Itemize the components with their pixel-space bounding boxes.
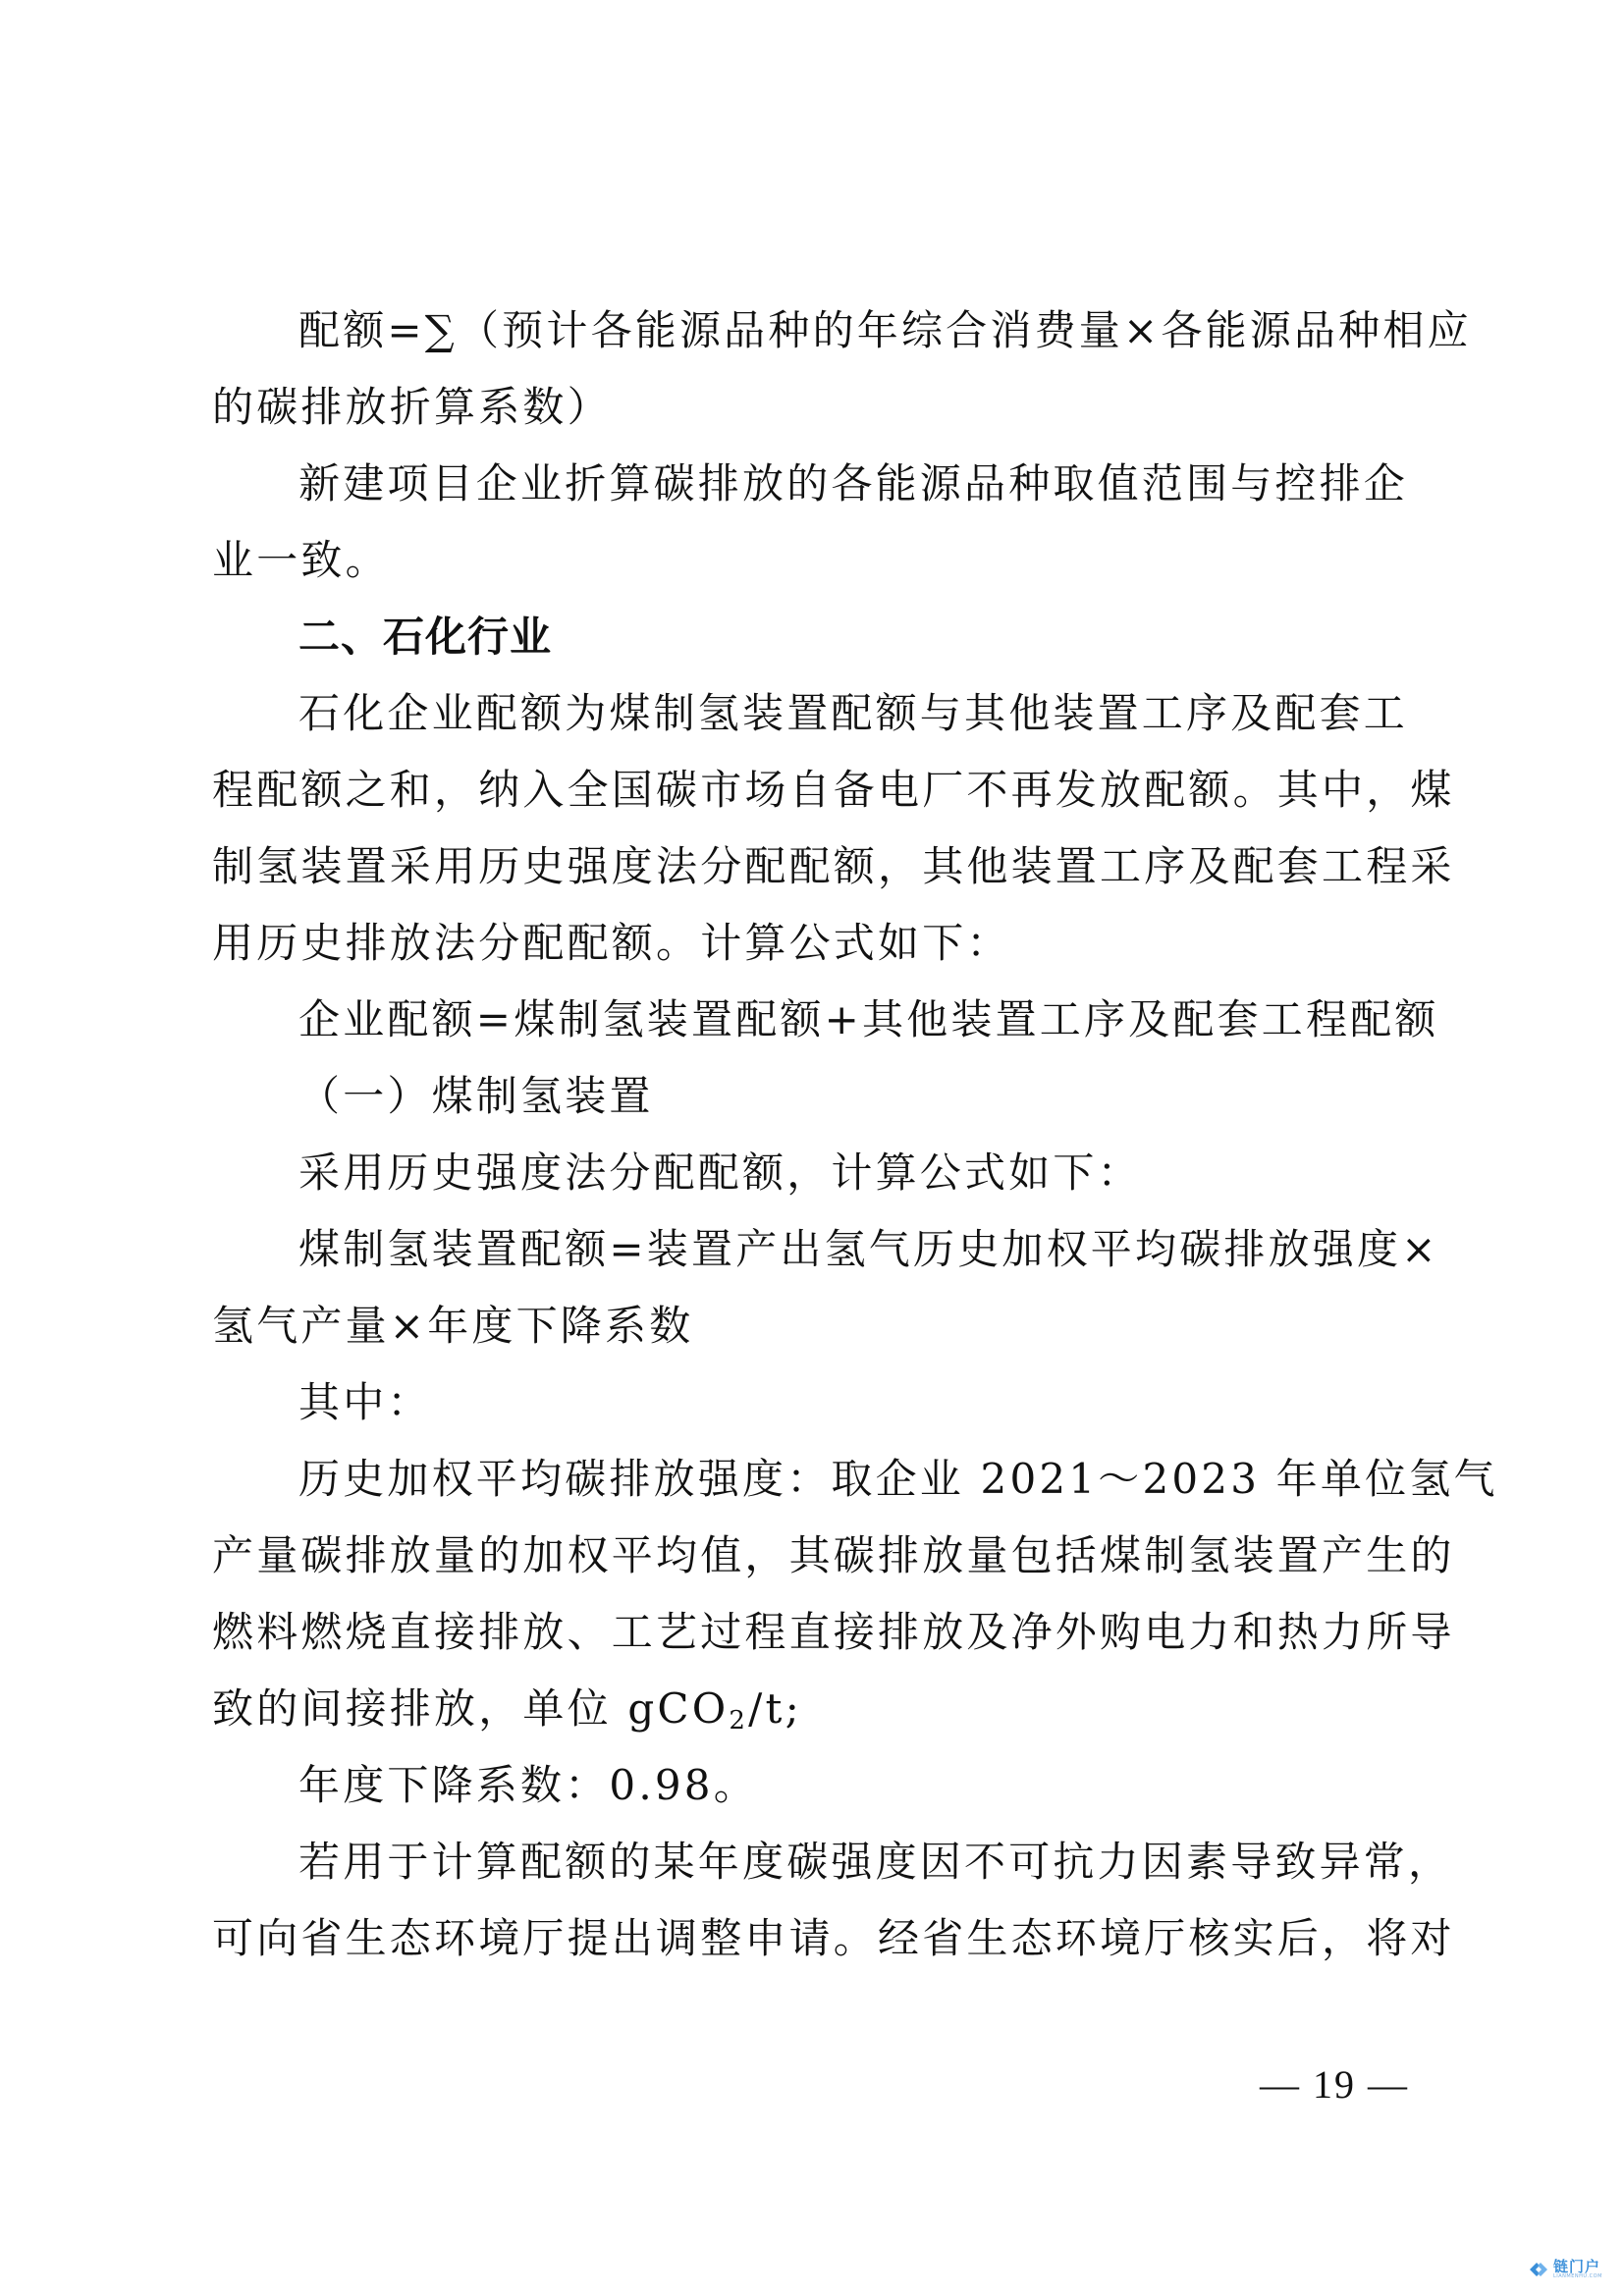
paragraph-line: 的碳排放折算系数） xyxy=(212,369,1420,446)
formula-line: 企业配额=煤制氢装置配额+其他装置工序及配套工程配额 xyxy=(212,982,1420,1058)
paragraph-line: 程配额之和，纳入全国碳市场自备电厂不再发放配额。其中，煤 xyxy=(212,752,1420,828)
paragraph-line: 燃料燃烧直接排放、工艺过程直接排放及净外购电力和热力所导 xyxy=(212,1594,1420,1671)
paragraph-line: 其中： xyxy=(212,1364,1420,1441)
formula-line: 氢气产量×年度下降系数 xyxy=(212,1288,1420,1364)
paragraph-line: 产量碳排放量的加权平均值，其碳排放量包括煤制氢装置产生的 xyxy=(212,1518,1420,1594)
paragraph-line: 可向省生态环境厅提出调整申请。经省生态环境厅核实后，将对 xyxy=(212,1900,1420,1977)
paragraph-line: 致的间接排放，单位 gCO2/t; xyxy=(212,1671,1420,1747)
formula-line: 煤制氢装置配额=装置产出氢气历史加权平均碳排放强度× xyxy=(212,1211,1420,1288)
paragraph-line: 用历史排放法分配配额。计算公式如下： xyxy=(212,905,1420,982)
watermark: 链门户 LIANMENHU.COM xyxy=(1528,2260,1602,2279)
paragraph-line: 若用于计算配额的某年度碳强度因不可抗力因素导致异常， xyxy=(212,1824,1420,1900)
subscript: 2 xyxy=(729,1706,748,1735)
paragraph-line: 业一致。 xyxy=(212,522,1420,599)
paragraph-line: 新建项目企业折算碳排放的各能源品种取值范围与控排企 xyxy=(212,446,1420,522)
paragraph-line: 制氢装置采用历史强度法分配配额，其他装置工序及配套工程采 xyxy=(212,828,1420,905)
watermark-name: 链门户 xyxy=(1553,2260,1602,2274)
section-heading: 二、石化行业 xyxy=(212,599,1420,675)
unit-text: 致的间接排放，单位 gCO xyxy=(212,1684,729,1733)
watermark-domain: LIANMENHU.COM xyxy=(1553,2274,1602,2279)
paragraph-line: 历史加权平均碳排放强度：取企业 2021～2023 年单位氢气 xyxy=(212,1441,1420,1518)
unit-suffix: /t; xyxy=(748,1684,802,1733)
page-number: — 19 — xyxy=(1260,2061,1409,2108)
paragraph-line: 配额=∑（预计各能源品种的年综合消费量×各能源品种相应 xyxy=(212,293,1420,369)
document-page: 配额=∑（预计各能源品种的年综合消费量×各能源品种相应 的碳排放折算系数） 新建… xyxy=(0,0,1624,2296)
paragraph-line: 年度下降系数：0.98。 xyxy=(212,1747,1420,1824)
paragraph-line: 石化企业配额为煤制氢装置配额与其他装置工序及配套工 xyxy=(212,675,1420,752)
lianmenhu-logo-icon xyxy=(1528,2261,1549,2278)
paragraph-line: 采用历史强度法分配配额，计算公式如下： xyxy=(212,1135,1420,1211)
body-text: 配额=∑（预计各能源品种的年综合消费量×各能源品种相应 的碳排放折算系数） 新建… xyxy=(212,293,1420,1977)
subsection-heading: （一）煤制氢装置 xyxy=(212,1058,1420,1135)
